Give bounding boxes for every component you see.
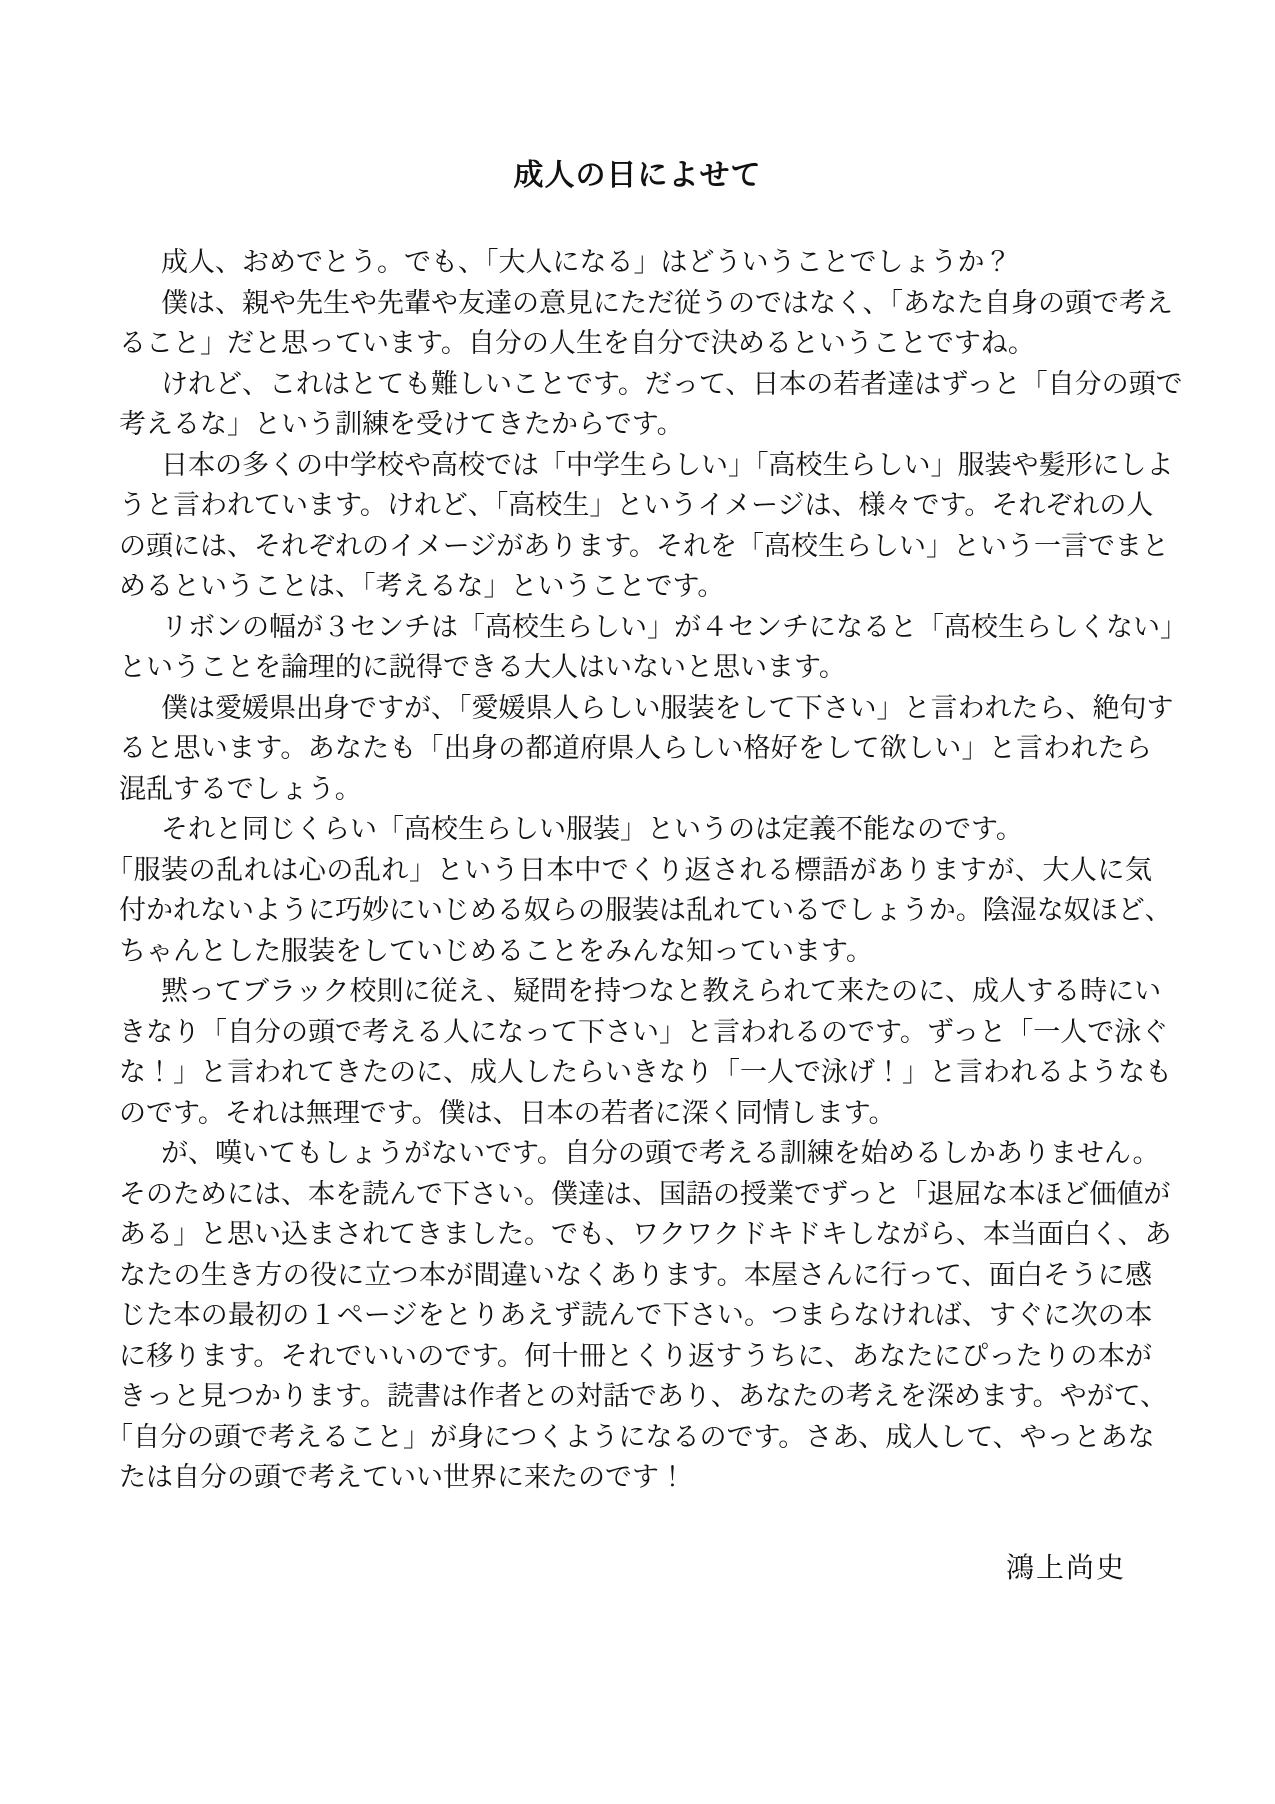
text-line: リボンの幅が３センチは「高校生らしい」が４センチになると「高校生らしくない」 [119, 607, 1152, 648]
document-title: 成人の日によせて [0, 150, 1275, 194]
document-body: 成人、おめでとう。でも、「大人になる」はどういうことでしょうか？僕は、親や先生や… [119, 242, 1152, 1498]
text-line: うと言われています。けれど、「高校生」というイメージは、様々です。それぞれの人 [119, 485, 1152, 526]
text-line: 付かれないように巧妙にいじめる奴らの服装は乱れているでしょうか。陰湿な奴ほど、 [119, 890, 1152, 931]
text-line: な！」と言われてきたのに、成人したらいきなり「一人で泳げ！」と言われるようなも [119, 1052, 1152, 1093]
text-line: そのためには、本を読んで下さい。僕達は、国語の授業でずっと「退屈な本ほど価値が [119, 1174, 1152, 1215]
text-line: きっと見つかります。読書は作者との対話であり、あなたの考えを深めます。やがて、 [119, 1376, 1152, 1417]
text-line: きなり「自分の頭で考える人になって下さい」と言われるのです。ずっと「一人で泳ぐ [119, 1012, 1152, 1053]
text-line: 成人、おめでとう。でも、「大人になる」はどういうことでしょうか？ [119, 242, 1152, 283]
document-page: 成人の日によせて 成人、おめでとう。でも、「大人になる」はどういうことでしょうか… [0, 0, 1275, 1804]
text-line: 黙ってブラック校則に従え、疑問を持つなと教えられて来たのに、成人する時にい [119, 971, 1152, 1012]
text-line: ちゃんとした服装をしていじめることをみんな知っています。 [119, 931, 1152, 972]
text-line: 混乱するでしょう。 [119, 769, 1152, 810]
text-line: じた本の最初の１ページをとりあえず読んで下さい。つまらなければ、すぐに次の本 [119, 1295, 1152, 1336]
text-line: けれど、これはとても難しいことです。だって、日本の若者達はずっと「自分の頭で [119, 364, 1152, 405]
text-line: の頭には、それぞれのイメージがあります。それを「高校生らしい」という一言でまと [119, 526, 1152, 567]
text-line: それと同じくらい「高校生らしい服装」というのは定義不能なのです。 [119, 809, 1152, 850]
text-line: たは自分の頭で考えていい世界に来たのです！ [119, 1457, 1152, 1498]
text-line: 「自分の頭で考えること」が身につくようになるのです。さあ、成人して、やっとあな [106, 1417, 1152, 1458]
text-line: に移ります。それでいいのです。何十冊とくり返すうちに、あなたにぴったりの本が [119, 1336, 1152, 1377]
text-line: なたの生き方の役に立つ本が間違いなくあります。本屋さんに行って、面白そうに感 [119, 1255, 1152, 1296]
author-signature: 鴻上尚史 [119, 1546, 1152, 1586]
text-line: ある」と思い込まされてきました。でも、ワクワクドキドキしながら、本当面白く、あ [119, 1214, 1152, 1255]
text-line: のです。それは無理です。僕は、日本の若者に深く同情します。 [119, 1093, 1152, 1134]
text-line: めるということは、「考えるな」ということです。 [119, 566, 1152, 607]
text-line: 「服装の乱れは心の乱れ」という日本中でくり返される標語がありますが、大人に気 [106, 850, 1152, 891]
text-line: ること」だと思っています。自分の人生を自分で決めるということですね。 [119, 323, 1152, 364]
text-line: 考えるな」という訓練を受けてきたからです。 [119, 404, 1152, 445]
text-line: 僕は愛媛県出身ですが、「愛媛県人らしい服装をして下さい」と言われたら、絶句す [119, 688, 1152, 729]
text-line: ということを論理的に説得できる大人はいないと思います。 [119, 647, 1152, 688]
text-line: が、嘆いてもしょうがないです。自分の頭で考える訓練を始めるしかありません。 [119, 1133, 1152, 1174]
text-line: 僕は、親や先生や先輩や友達の意見にただ従うのではなく、「あなた自身の頭で考え [119, 283, 1152, 324]
text-line: ると思います。あなたも「出身の都道府県人らしい格好をして欲しい」と言われたら [119, 728, 1152, 769]
text-line: 日本の多くの中学校や高校では「中学生らしい」「高校生らしい」服装や髪形にしよ [119, 445, 1152, 486]
